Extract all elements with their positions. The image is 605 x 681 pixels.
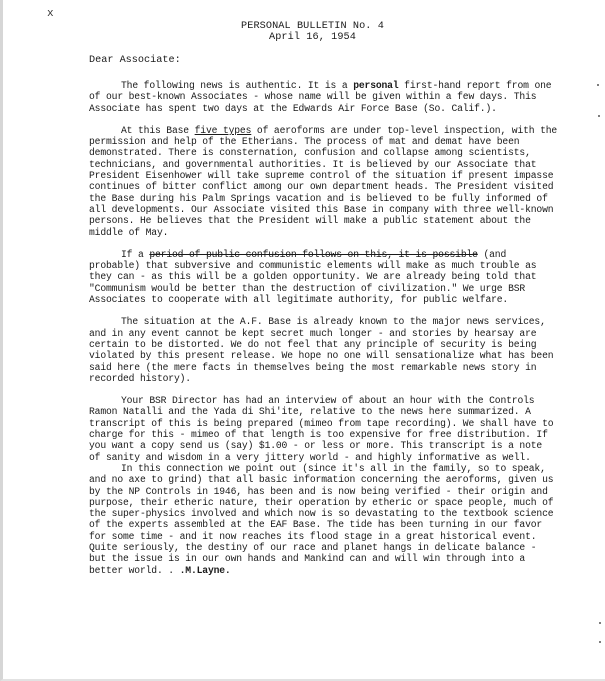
- paragraph-text: period of public confusion follows on th…: [149, 249, 477, 260]
- paragraph-text: In this connection we point out (since i…: [89, 463, 553, 576]
- scan-speck: [598, 115, 600, 117]
- paragraph: Your BSR Director has had an interview o…: [89, 395, 559, 463]
- paragraph-text: Your BSR Director has had an interview o…: [89, 395, 553, 462]
- paragraph-text: The situation at the A.F. Base is alread…: [89, 316, 553, 383]
- paragraph-text: The following news is authentic. It is a: [121, 80, 353, 91]
- bulletin-date: April 16, 1954: [17, 33, 605, 44]
- bulletin-header: PERSONAL BULLETIN No. 4 April 16, 1954: [3, 22, 605, 43]
- corner-mark: x: [47, 9, 54, 20]
- bulletin-title: PERSONAL BULLETIN No. 4: [17, 22, 605, 33]
- paragraph-text: of aeroforms are under top-level inspect…: [89, 125, 557, 238]
- document-page: x PERSONAL BULLETIN No. 4 April 16, 1954…: [0, 0, 605, 681]
- paragraph: The following news is authentic. It is a…: [89, 80, 559, 114]
- paragraph: If a period of public confusion follows …: [89, 249, 559, 305]
- letter-body: The following news is authentic. It is a…: [89, 80, 559, 587]
- salutation: Dear Associate:: [89, 55, 181, 66]
- paragraph-text: At this Base: [121, 125, 195, 136]
- scan-speck: [597, 84, 599, 86]
- paragraph-text: personal: [353, 80, 398, 91]
- paragraph: At this Base five types of aeroforms are…: [89, 125, 559, 238]
- signature: .M.Layne.: [180, 565, 231, 576]
- paragraph-text: five types: [195, 125, 252, 136]
- paragraph: The situation at the A.F. Base is alread…: [89, 316, 559, 384]
- scan-speck: [599, 622, 601, 624]
- paragraph-text: If a: [121, 249, 149, 260]
- paragraph: In this connection we point out (since i…: [89, 463, 559, 576]
- scan-speck: [599, 641, 601, 643]
